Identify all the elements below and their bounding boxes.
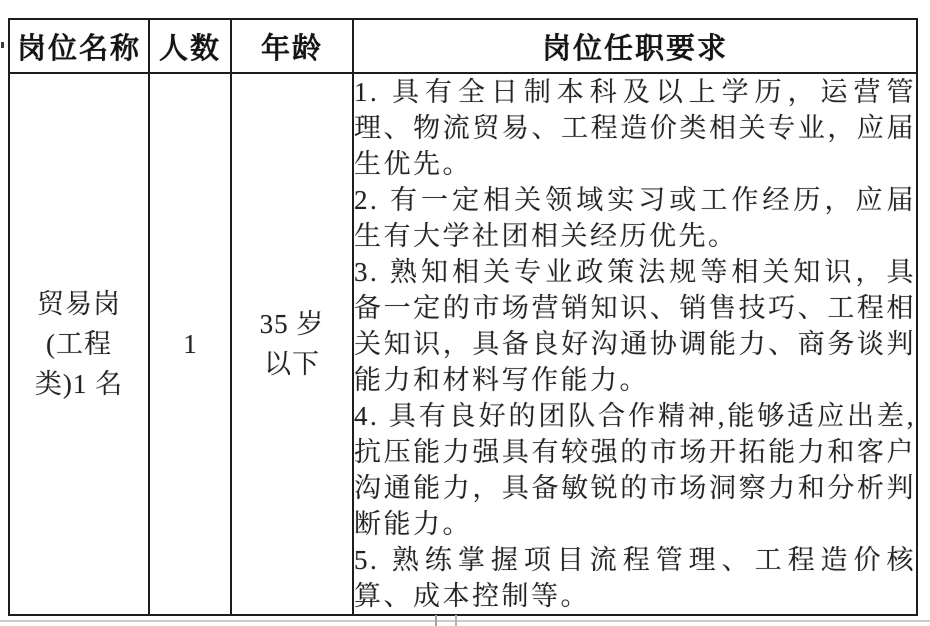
document-page: 岗位名称 人数 年龄 岗位任职要求 贸易岗 (工程 类)1 名 1 35 岁 以…	[0, 0, 930, 626]
requirement-item-1: 1. 具有全日制本科及以上学历，运营管理、物流贸易、工程造价类相关专业，应届生优…	[354, 74, 916, 182]
cell-position-name: 贸易岗 (工程 类)1 名	[9, 73, 149, 615]
requirement-item-4: 4. 具有良好的团队合作精神,能够适应出差,抗压能力强具有较强的市场开拓能力和客…	[354, 398, 916, 542]
header-cell-requirements: 岗位任职要求	[353, 19, 917, 73]
header-cell-position-name: 岗位名称	[9, 19, 149, 73]
header-cell-age: 年龄	[231, 19, 353, 73]
table-header-row: 岗位名称 人数 年龄 岗位任职要求	[9, 19, 917, 73]
scan-line-artifact	[0, 620, 930, 622]
scan-tick-artifact	[455, 615, 457, 626]
scan-tick-artifact	[435, 615, 437, 626]
job-requirements-table: 岗位名称 人数 年龄 岗位任职要求 贸易岗 (工程 类)1 名 1 35 岁 以…	[8, 18, 918, 616]
cell-age: 35 岁 以下	[231, 73, 353, 615]
cell-requirements: 1. 具有全日制本科及以上学历，运营管理、物流贸易、工程造价类相关专业，应届生优…	[353, 73, 917, 615]
scan-speck-artifact	[1, 42, 4, 48]
requirement-item-2: 2. 有一定相关领域实习或工作经历，应届生有大学社团相关经历优先。	[354, 182, 916, 254]
header-cell-headcount: 人数	[149, 19, 231, 73]
requirement-item-3: 3. 熟知相关专业政策法规等相关知识，具备一定的市场营销知识、销售技巧、工程相关…	[354, 254, 916, 398]
table-row: 贸易岗 (工程 类)1 名 1 35 岁 以下 1. 具有全日制本科及以上学历，…	[9, 73, 917, 615]
cell-headcount: 1	[149, 73, 231, 615]
requirement-item-5: 5. 熟练掌握项目流程管理、工程造价核算、成本控制等。	[354, 542, 916, 614]
